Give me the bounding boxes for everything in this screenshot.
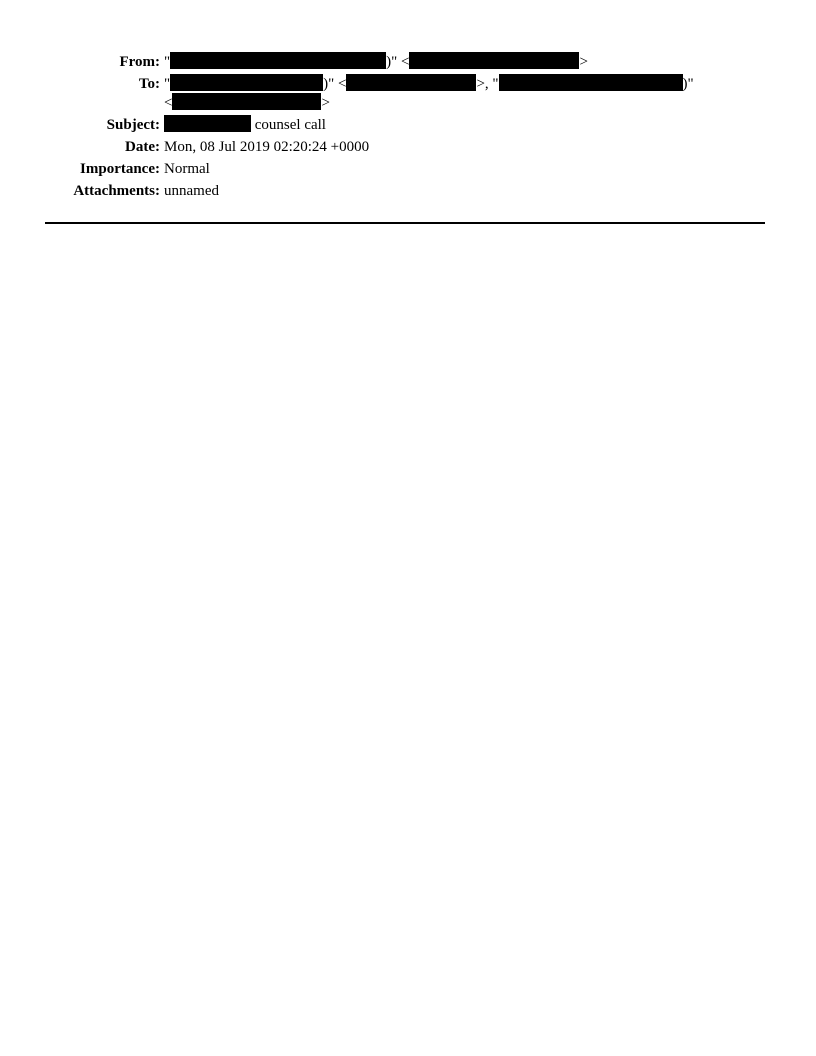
from-name-close: )" <	[386, 54, 409, 70]
from-row: From: ")" <>	[0, 51, 816, 73]
date-value: Mon, 08 Jul 2019 02:20:24 +0000	[164, 136, 369, 158]
redacted-to-name-2	[499, 74, 683, 91]
subject-value: counsel call	[164, 114, 326, 136]
subject-row: Subject: counsel call	[0, 114, 816, 136]
attachments-label: Attachments:	[73, 180, 160, 202]
redacted-subject	[164, 115, 251, 132]
to-value-line2: <>	[164, 92, 330, 114]
to-line2-close: >	[321, 95, 329, 111]
to-line2-open: <	[164, 95, 172, 111]
redacted-from-name	[170, 52, 386, 69]
from-value: ")" <>	[164, 51, 588, 73]
date-row: Date: Mon, 08 Jul 2019 02:20:24 +0000	[0, 136, 816, 158]
attachments-value: unnamed	[164, 180, 219, 202]
to-name-close: )" <	[323, 76, 346, 92]
from-email-close: >	[579, 54, 587, 70]
importance-value: Normal	[164, 158, 210, 180]
subject-label: Subject:	[107, 114, 160, 136]
header-divider	[45, 222, 765, 224]
from-label: From:	[119, 51, 160, 73]
redacted-to-name-1	[170, 74, 323, 91]
redacted-from-email	[409, 52, 579, 69]
date-label: Date:	[125, 136, 160, 158]
to-separator: >, "	[476, 76, 498, 92]
importance-label: Importance:	[80, 158, 160, 180]
to-row-continued: <>	[0, 92, 816, 114]
importance-row: Importance: Normal	[0, 158, 816, 180]
subject-text: counsel call	[251, 117, 326, 133]
attachments-row: Attachments: unnamed	[0, 180, 816, 202]
redacted-to-email-2	[172, 93, 321, 110]
to-name2-close: )"	[683, 76, 694, 92]
redacted-to-email-1	[346, 74, 476, 91]
